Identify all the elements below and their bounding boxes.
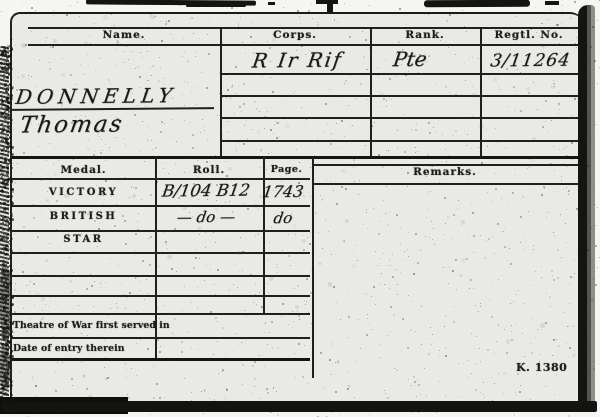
scan-edge-left [0, 46, 9, 402]
grid-line [220, 27, 222, 157]
rank-label: Rank. [370, 29, 480, 41]
victory-page-handwriting: 1743 [255, 182, 312, 202]
victory-roll-handwriting: B/104 B12 [149, 180, 264, 200]
remarks-left-border [312, 158, 314, 378]
grid-line [12, 275, 310, 277]
medal-row-british: BRITISH [12, 211, 155, 222]
form-number: K. 1380 [516, 361, 576, 374]
scan-edge-right [578, 5, 595, 405]
surname-handwriting: DONNELLY [14, 83, 178, 109]
scan-edge-bottom [2, 401, 597, 412]
scan-smudge [545, 1, 559, 5]
grid-line [12, 295, 310, 297]
british-page-handwriting: do [257, 209, 310, 228]
grid-line [220, 95, 578, 97]
medal-index-card-scan: Name. Corps. Rank. Regtl. No. DONNELLY T… [0, 0, 600, 417]
grid-line [12, 230, 310, 232]
grid-line [370, 27, 372, 157]
grid-line [12, 337, 310, 339]
remarks-header-line [312, 183, 578, 185]
grid-line [220, 140, 578, 142]
section-divider [12, 156, 578, 159]
theatre-of-war-label: Theatre of War first served in [13, 320, 155, 331]
forename-handwriting: Thomas [18, 111, 125, 138]
grid-line [220, 73, 578, 75]
corps-label: Corps. [220, 29, 370, 41]
regtl-no-handwriting: 3/11264 [486, 51, 574, 72]
grid-line [12, 178, 310, 180]
grid-line [12, 358, 310, 361]
grid-line [12, 252, 310, 254]
name-label: Name. [28, 29, 220, 41]
grid-line [12, 205, 310, 207]
british-roll-handwriting: — do — [149, 207, 264, 226]
corps-handwriting: R Ir Rif [228, 47, 367, 72]
medal-label: Medal. [12, 164, 155, 176]
page-label: Page. [263, 164, 310, 175]
grid-line [28, 44, 578, 46]
grid-line [12, 313, 310, 315]
rank-handwriting: Pte [378, 47, 442, 72]
scan-smudge [186, 4, 246, 7]
grid-line [480, 27, 482, 157]
medal-row-star: STAR [12, 234, 155, 245]
regtl-no-label: Regtl. No. [480, 29, 578, 41]
scan-smudge [268, 2, 275, 5]
remarks-label: Remarks. [312, 166, 578, 178]
scan-smudge [424, 0, 530, 7]
roll-label: Roll. [155, 164, 263, 176]
grid-line [220, 117, 578, 119]
date-of-entry-label: Date of entry therein [13, 343, 155, 354]
medal-row-victory: VICTORY [12, 187, 155, 198]
